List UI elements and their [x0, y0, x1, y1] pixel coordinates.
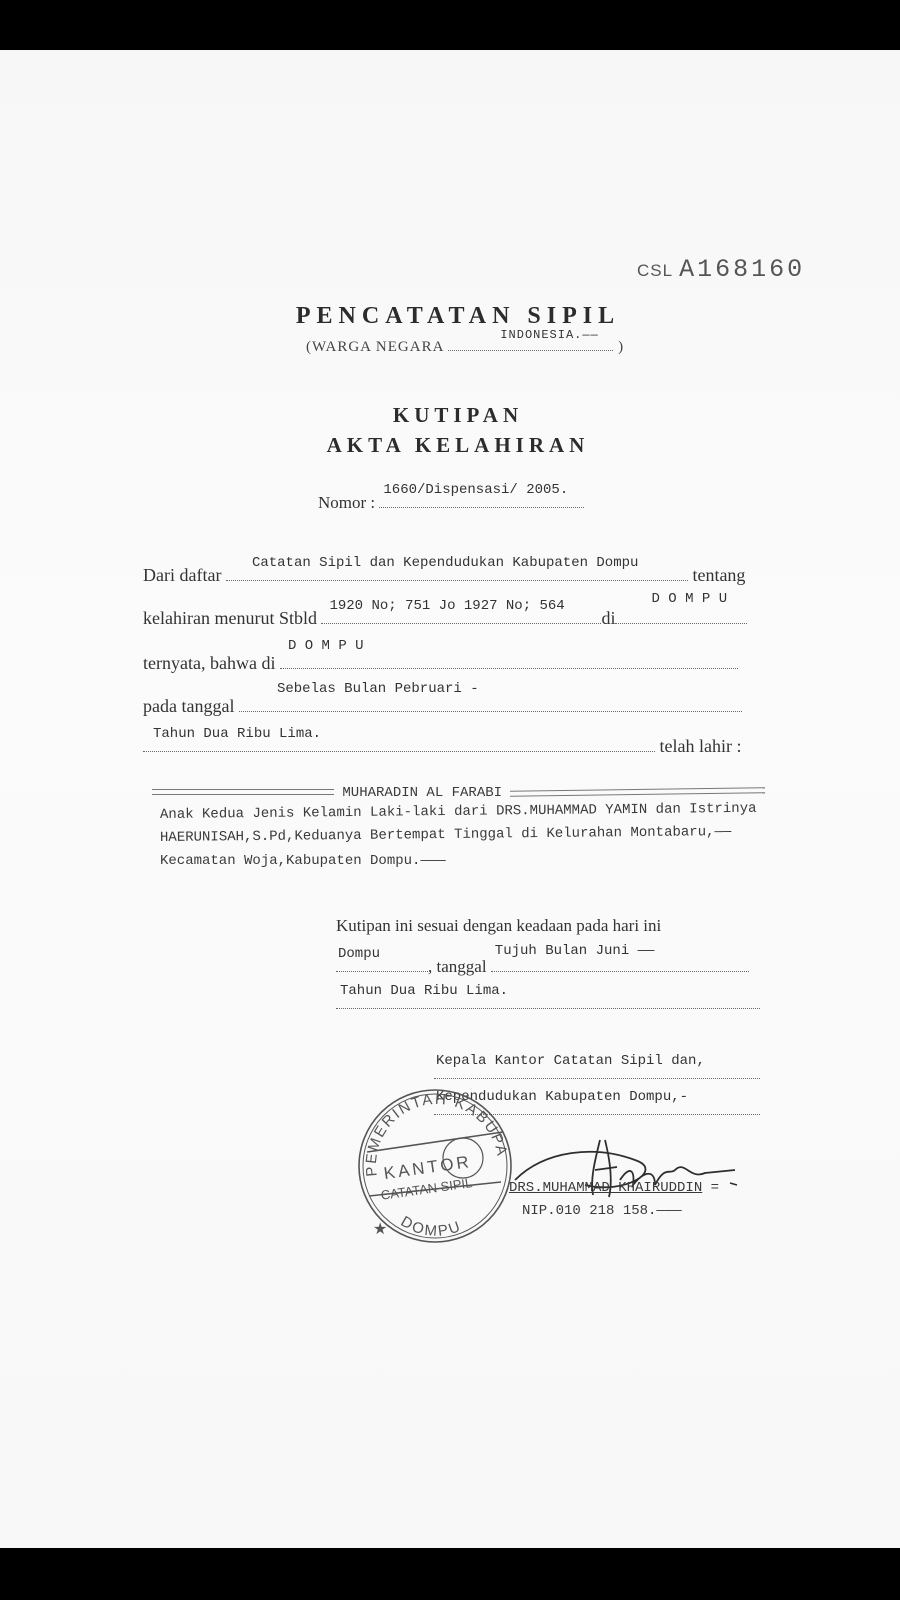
stamp-star-icon: ★: [373, 1221, 387, 1238]
issuance-date-field: Tujuh Bulan Juni ——: [491, 951, 749, 972]
date-field-2: Tahun Dua Ribu Lima.: [143, 731, 655, 752]
birth-label: kelahiran menurut Stbld: [143, 608, 317, 628]
child-description-1: Anak Kedua Jenis Kelamin Laki-laki dari …: [160, 801, 757, 823]
citizenship-label: (WARGA NEGARA: [306, 339, 444, 355]
date-label: pada tanggal: [143, 696, 234, 716]
registry-line-3: ternyata, bahwa di D O M P U: [143, 648, 738, 674]
child-description-2: HAERUNISAH,S.Pd,Keduanya Bertempat Tingg…: [160, 824, 731, 846]
stamp-ring-bottom: DOMPU: [398, 1213, 464, 1240]
registry-line-5: Tahun Dua Ribu Lima. telah lahir :: [143, 731, 741, 757]
registry-line-2: kelahiran menurut Stbld 1920 No; 751 Jo …: [143, 603, 747, 629]
svg-text:DOMPU: DOMPU: [398, 1213, 464, 1240]
about-label: tentang: [692, 565, 745, 585]
from-value: Catatan Sipil dan Kependudukan Kabupaten…: [252, 555, 638, 571]
stbld-field: 1920 No; 751 Jo 1927 No; 564: [321, 603, 601, 624]
number-label: Nomor :: [318, 493, 375, 512]
birth-certificate-page: CSLA168160 PENCATATAN SIPIL (WARGA NEGAR…: [0, 50, 900, 1548]
signatory-title-1: Kepala Kantor Catatan Sipil dan,: [434, 1058, 760, 1084]
registry-line-1: Dari daftar Catatan Sipil dan Kependuduk…: [143, 560, 745, 586]
signatory-name: DRS.MUHAMMAD KHAIRUDDIN: [509, 1180, 702, 1196]
place-field: D O M P U: [280, 648, 738, 669]
at-field: D O M P U: [615, 603, 747, 624]
citizenship-value: INDONESIA.——: [500, 328, 598, 342]
official-stamp: PEMERINTAH KABUPATEN DOMPU KANTOR CATATA…: [355, 1084, 515, 1244]
serial-number: CSLA168160: [637, 255, 805, 284]
from-label: Dari daftar: [143, 565, 221, 585]
citizenship-field: INDONESIA.——: [448, 336, 613, 351]
serial-value: A168160: [679, 255, 805, 284]
issuance-year-value: Tahun Dua Ribu Lima.: [340, 983, 508, 999]
date-value-line2: Tahun Dua Ribu Lima.: [153, 726, 321, 742]
issuance-year-field: Tahun Dua Ribu Lima.: [336, 988, 760, 1009]
equals-rule-right: [510, 788, 765, 798]
date-field: Sebelas Bulan Pebruari -: [239, 691, 742, 712]
registry-line-4: pada tanggal Sebelas Bulan Pebruari -: [143, 691, 742, 717]
document-number: Nomor : 1660/Dispensasi/ 2005.: [318, 487, 584, 513]
place-value: D O M P U: [288, 638, 364, 654]
equals-rule-left: [152, 789, 334, 795]
signatory-name-line: DRS.MUHAMMAD KHAIRUDDIN =: [509, 1180, 719, 1196]
serial-prefix: CSL: [637, 261, 673, 280]
signatory-name-suffix: =: [711, 1180, 719, 1196]
issuance-date-label: , tanggal: [428, 957, 487, 976]
issuance-year-line: Tahun Dua Ribu Lima.: [336, 988, 760, 1014]
evidently-label: ternyata, bahwa di: [143, 653, 275, 673]
date-value-line1: Sebelas Bulan Pebruari -: [277, 681, 479, 697]
issuance-statement: Kutipan ini sesuai dengan keadaan pada h…: [336, 916, 661, 936]
number-field: 1660/Dispensasi/ 2005.: [379, 487, 584, 508]
child-description-3: Kecamatan Woja,Kabupaten Dompu.———: [160, 853, 446, 869]
stbld-value: 1920 No; 751 Jo 1927 No; 564: [329, 598, 564, 614]
from-field: Catatan Sipil dan Kependudukan Kabupaten…: [226, 560, 688, 581]
issuance-city-field: Dompu: [336, 951, 428, 972]
heading-akta-kelahiran: AKTA KELAHIRAN: [0, 433, 900, 458]
born-label: telah lahir :: [660, 736, 742, 756]
child-name-line: MUHARADIN AL FARABI: [152, 785, 765, 801]
citizenship-line: (WARGA NEGARA INDONESIA.—— ): [306, 336, 624, 356]
child-name: MUHARADIN AL FARABI: [342, 785, 502, 801]
heading-kutipan: KUTIPAN: [0, 403, 900, 428]
signatory-title-1-field: Kepala Kantor Catatan Sipil dan,: [434, 1058, 760, 1079]
issuance-date-line: Dompu , tanggal Tujuh Bulan Juni ——: [336, 951, 749, 977]
citizenship-close: ): [618, 339, 624, 355]
at-value: D O M P U: [651, 591, 727, 607]
issuance-date-value: Tujuh Bulan Juni ——: [495, 943, 655, 959]
at-label: di: [601, 608, 615, 628]
signatory-nip: NIP.010 218 158.———: [522, 1203, 682, 1219]
number-value: 1660/Dispensasi/ 2005.: [383, 482, 568, 498]
issuance-city: Dompu: [338, 946, 380, 962]
document-title: PENCATATAN SIPIL: [0, 303, 900, 330]
signatory-title-1-text: Kepala Kantor Catatan Sipil dan,: [436, 1053, 705, 1069]
